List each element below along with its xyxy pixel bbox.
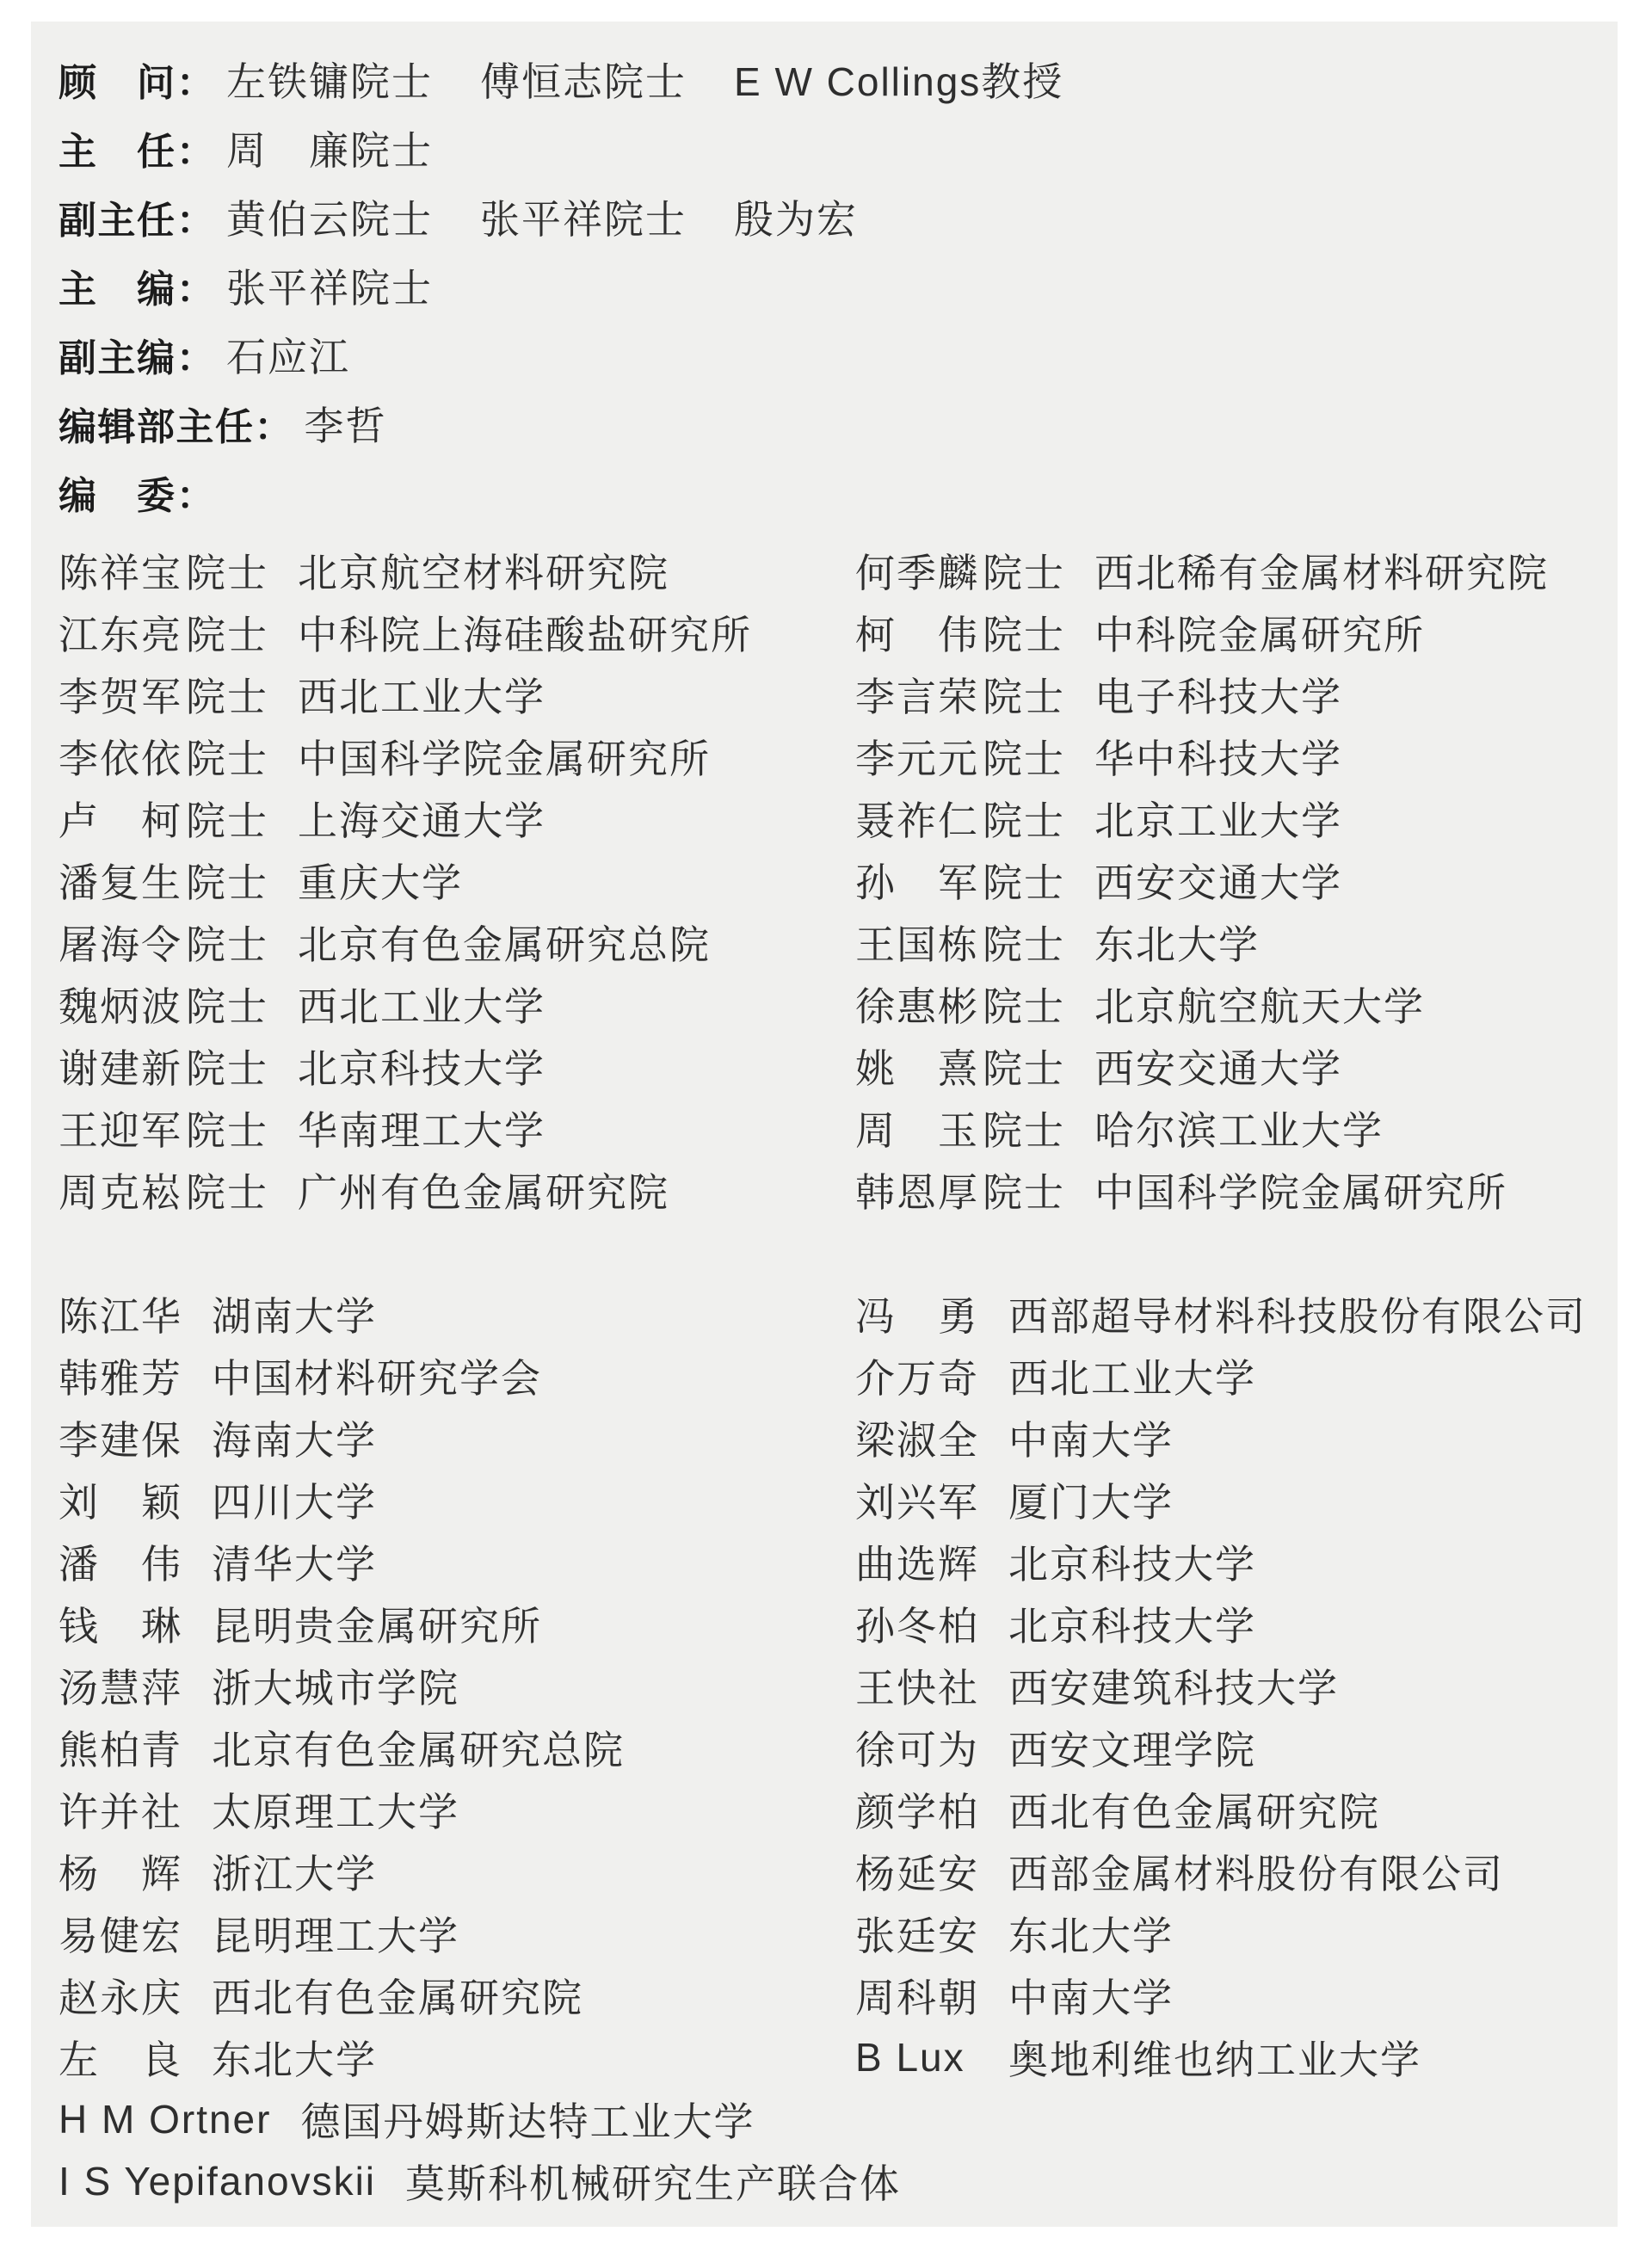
member-affiliation: 北京有色金属研究总院 [212, 1719, 625, 1776]
member-name: 李言荣 [855, 666, 983, 723]
member-name: 潘 伟 [59, 1542, 182, 1587]
member-affiliation: 哈尔滨工业大学 [1094, 1100, 1384, 1156]
member-affiliation: 北京科技大学 [1008, 1533, 1256, 1590]
member-name: H M Ortner [59, 2096, 271, 2142]
member-name-field: 江东亮院士 [59, 604, 274, 661]
member-title-suffix: 院士 [186, 1046, 268, 1091]
member-name-field: 聂祚仁院士 [855, 790, 1070, 847]
member-name-field: 王国栋院士 [855, 914, 1070, 971]
board-row: 李依依院士中国科学院金属研究所 [59, 725, 855, 787]
member-affiliation: 西安建筑科技大学 [1008, 1657, 1339, 1714]
board-row: 聂祚仁院士北京工业大学 [855, 787, 1618, 849]
member-title-suffix: 院士 [186, 922, 268, 967]
member-name-field: 何季麟院士 [855, 542, 1070, 599]
member-affiliation: 中科院金属研究所 [1094, 604, 1425, 661]
member-affiliation: 东北大学 [1008, 1905, 1174, 1962]
member-name: 梁淑全 [855, 1418, 979, 1463]
board-row: 李言荣院士电子科技大学 [855, 663, 1618, 725]
member-title-suffix: 院士 [186, 860, 268, 905]
masthead-row: 主 编：张平祥院士 [59, 251, 1618, 320]
member-name-field: 王迎军院士 [59, 1100, 274, 1156]
member-name: 周科朝 [855, 1976, 979, 2020]
member-name: 李贺军 [59, 666, 186, 723]
member-affiliation: 西安交通大学 [1094, 1038, 1342, 1094]
member-name-field: 陈祥宝院士 [59, 542, 274, 599]
member-affiliation: 西北工业大学 [1008, 1347, 1256, 1404]
board-row: 姚 熹院士西安交通大学 [855, 1035, 1618, 1097]
member-name: 汤慧萍 [59, 1666, 182, 1711]
member-name-field: 屠海令院士 [59, 914, 274, 971]
board-row: 周 玉院士哈尔滨工业大学 [855, 1097, 1618, 1159]
member-affiliation: 昆明贵金属研究所 [212, 1595, 542, 1652]
member-affiliation: 厦门大学 [1008, 1471, 1174, 1528]
masthead-row: 主 任：周 廉院士 [59, 114, 1618, 182]
member-name-field: 张廷安 [855, 1905, 984, 1962]
member-name-field: 陈江华 [59, 1285, 188, 1342]
member-name: 卢 柯 [59, 790, 186, 847]
board-row: H M Ortner德国丹姆斯达特工业大学 [59, 2088, 855, 2150]
member-name-field: 梁淑全 [855, 1409, 984, 1466]
board-row: 王快社西安建筑科技大学 [855, 1655, 1618, 1717]
member-title-suffix: 院士 [186, 798, 268, 843]
board-row: 王国栋院士东北大学 [855, 911, 1618, 973]
board-row: 何季麟院士西北稀有金属材料研究院 [855, 539, 1618, 601]
board-row: 熊柏青北京有色金属研究总院 [59, 1717, 855, 1778]
masthead-entry: 殷为宏 [734, 188, 858, 245]
board-column-right: 何季麟院士西北稀有金属材料研究院柯 伟院士中科院金属研究所李言荣院士电子科技大学… [855, 539, 1618, 2212]
member-name-field: 徐惠彬院士 [855, 976, 1070, 1033]
member-affiliation: 奥地利维也纳工业大学 [1008, 2029, 1421, 2086]
member-name-field: 赵永庆 [59, 1967, 188, 2024]
member-affiliation: 浙江大学 [212, 1843, 377, 1900]
board-row: 张廷安东北大学 [855, 1902, 1618, 1964]
masthead-colon: ： [176, 189, 214, 244]
member-name-field: B Lux [855, 2034, 984, 2080]
member-name-field: 许并社 [59, 1781, 188, 1838]
board-row: 潘 伟清华大学 [59, 1531, 855, 1593]
masthead-entry: 傅恒志院士 [480, 51, 687, 108]
member-name: 李依依 [59, 728, 186, 785]
board-row: 赵永庆西北有色金属研究院 [59, 1964, 855, 2026]
member-name: 介万奇 [855, 1356, 979, 1401]
member-name-field: 介万奇 [855, 1347, 984, 1404]
member-title-suffix: 院士 [186, 737, 268, 781]
member-name-field: 周科朝 [855, 1967, 984, 2024]
board-row: 韩雅芳中国材料研究学会 [59, 1345, 855, 1407]
member-affiliation: 北京航空航天大学 [1094, 976, 1425, 1033]
member-name-field: 卢 柯院士 [59, 790, 274, 847]
editorial-board-panel: 顾 问：左铁镛院士傅恒志院士E W Collings教授主 任：周 廉院士副主任… [31, 22, 1618, 2227]
member-name-field: 柯 伟院士 [855, 604, 1070, 661]
masthead-entry: 周 廉院士 [226, 120, 433, 176]
member-affiliation: 四川大学 [212, 1471, 377, 1528]
member-name-field: 王快社 [855, 1657, 984, 1714]
member-name: 徐可为 [855, 1728, 979, 1772]
member-name: 柯 伟 [855, 604, 983, 661]
masthead-row: 副主编：石应江 [59, 320, 1618, 389]
masthead-row: 编辑部主任：李哲 [59, 389, 1618, 458]
member-name-field: 李建保 [59, 1409, 188, 1466]
board-row: 刘兴军厦门大学 [855, 1469, 1618, 1531]
member-name: 周克崧 [59, 1162, 186, 1218]
member-name-field: 魏炳波院士 [59, 976, 274, 1033]
board-row: 孙冬柏北京科技大学 [855, 1593, 1618, 1655]
member-name-field: 杨 辉 [59, 1843, 188, 1900]
board-row: I S Yepifanovskii莫斯科机械研究生产联合体 [59, 2150, 855, 2212]
member-name-field: 李元元院士 [855, 728, 1070, 785]
member-name: 韩恩厚 [855, 1162, 983, 1218]
member-name: 左 良 [59, 2037, 182, 2082]
member-title-suffix: 院士 [983, 1170, 1065, 1215]
member-title-suffix: 院士 [983, 798, 1065, 843]
masthead-colon: ： [176, 258, 214, 313]
member-name: 孙 军 [855, 852, 983, 909]
member-name-field: 左 良 [59, 2029, 188, 2086]
member-title-suffix: 院士 [983, 984, 1065, 1029]
member-name: 颜学柏 [855, 1790, 979, 1834]
member-affiliation: 华南理工大学 [298, 1100, 546, 1156]
masthead-entries: 李哲 [305, 395, 387, 452]
member-name: 王国栋 [855, 914, 983, 971]
member-affiliation: 北京有色金属研究总院 [298, 914, 711, 971]
board-columns: 陈祥宝院士北京航空材料研究院江东亮院士中科院上海硅酸盐研究所李贺军院士西北工业大… [59, 539, 1618, 2212]
masthead-colon: ： [176, 465, 214, 520]
masthead-label: 顾 问 [59, 52, 176, 107]
masthead-row: 顾 问：左铁镛院士傅恒志院士E W Collings教授 [59, 45, 1618, 114]
member-name: 杨延安 [855, 1852, 979, 1896]
board-row: 孙 军院士西安交通大学 [855, 849, 1618, 911]
member-name: 赵永庆 [59, 1976, 182, 2020]
member-name: 孙冬柏 [855, 1604, 979, 1649]
member-affiliation: 电子科技大学 [1094, 666, 1342, 723]
masthead-colon: ： [176, 120, 214, 176]
member-affiliation: 西部超导材料科技股份有限公司 [1008, 1285, 1587, 1342]
group-spacer [59, 1221, 855, 1283]
member-name-field: 易健宏 [59, 1905, 188, 1962]
masthead-entries: 左铁镛院士傅恒志院士E W Collings教授 [226, 51, 1063, 108]
member-name-field: 刘 颖 [59, 1471, 188, 1528]
member-affiliation: 西部金属材料股份有限公司 [1008, 1843, 1504, 1900]
board-row: 李贺军院士西北工业大学 [59, 663, 855, 725]
masthead-entries: 石应江 [226, 326, 350, 383]
board-row: 杨延安西部金属材料股份有限公司 [855, 1840, 1618, 1902]
masthead-label: 副主任 [59, 189, 176, 244]
member-affiliation: 华中科技大学 [1094, 728, 1342, 785]
masthead-label: 主 任 [59, 120, 176, 176]
member-affiliation: 广州有色金属研究院 [298, 1162, 669, 1218]
member-name-field: 李贺军院士 [59, 666, 274, 723]
member-name: 冯 勇 [855, 1294, 979, 1339]
board-row: 徐惠彬院士北京航空航天大学 [855, 973, 1618, 1035]
member-name: 韩雅芳 [59, 1356, 182, 1401]
member-name: 李元元 [855, 728, 983, 785]
member-title-suffix: 院士 [186, 1108, 268, 1153]
member-name-field: 周克崧院士 [59, 1162, 274, 1218]
member-name: 曲选辉 [855, 1542, 979, 1587]
member-title-suffix: 院士 [186, 1170, 268, 1215]
masthead-entry: 黄伯云院士 [226, 188, 433, 245]
member-affiliation: 中南大学 [1008, 1409, 1174, 1466]
board-column-left: 陈祥宝院士北京航空材料研究院江东亮院士中科院上海硅酸盐研究所李贺军院士西北工业大… [59, 539, 855, 2212]
board-row: 谢建新院士北京科技大学 [59, 1035, 855, 1097]
member-name: 刘兴军 [855, 1480, 979, 1525]
member-title-suffix: 院士 [983, 675, 1065, 719]
member-affiliation: 西北稀有金属材料研究院 [1094, 542, 1549, 599]
member-affiliation: 昆明理工大学 [212, 1905, 459, 1962]
masthead-entry: E W Collings教授 [734, 51, 1063, 108]
member-title-suffix: 院士 [983, 1108, 1065, 1153]
group-spacer [855, 1221, 1618, 1283]
member-affiliation: 北京科技大学 [298, 1038, 546, 1094]
masthead-entry: 左铁镛院士 [226, 51, 433, 108]
member-affiliation: 北京科技大学 [1008, 1595, 1256, 1652]
member-name: B Lux [855, 2035, 965, 2080]
member-name-field: 韩恩厚院士 [855, 1162, 1070, 1218]
member-affiliation: 德国丹姆斯达特工业大学 [300, 2091, 755, 2148]
member-name: 陈祥宝 [59, 542, 186, 599]
member-name: I S Yepifanovskii [59, 2158, 376, 2204]
member-title-suffix: 院士 [186, 675, 268, 719]
board-row: 韩恩厚院士中国科学院金属研究所 [855, 1159, 1618, 1221]
masthead-colon: ： [255, 396, 293, 451]
board-row: 刘 颖四川大学 [59, 1469, 855, 1531]
member-name: 王迎军 [59, 1100, 186, 1156]
member-name: 陈江华 [59, 1294, 182, 1339]
member-name: 何季麟 [855, 542, 983, 599]
member-name: 潘复生 [59, 852, 186, 909]
member-affiliation: 莫斯科机械研究生产联合体 [405, 2153, 901, 2210]
member-affiliation: 中南大学 [1008, 1967, 1174, 2024]
masthead-row: 编 委： [59, 458, 1618, 527]
member-title-suffix: 院士 [983, 860, 1065, 905]
member-name-field: 钱 琳 [59, 1595, 188, 1652]
member-name: 张廷安 [855, 1914, 979, 1958]
board-row: 汤慧萍浙大城市学院 [59, 1655, 855, 1717]
member-affiliation: 清华大学 [212, 1533, 377, 1590]
masthead-label: 编 委 [59, 465, 176, 520]
board-row: 左 良东北大学 [59, 2026, 855, 2088]
masthead-label: 副主编 [59, 327, 176, 382]
member-affiliation: 西安交通大学 [1094, 852, 1342, 909]
member-name-field: 冯 勇 [855, 1285, 984, 1342]
member-name-field: 徐可为 [855, 1719, 984, 1776]
board-row: 陈祥宝院士北京航空材料研究院 [59, 539, 855, 601]
member-name-field: 周 玉院士 [855, 1100, 1070, 1156]
member-name-field: 潘 伟 [59, 1533, 188, 1590]
member-name: 易健宏 [59, 1914, 182, 1958]
member-title-suffix: 院士 [983, 1046, 1065, 1091]
member-name: 熊柏青 [59, 1728, 182, 1772]
board-row: 钱 琳昆明贵金属研究所 [59, 1593, 855, 1655]
masthead-colon: ： [176, 327, 214, 382]
member-name: 刘 颖 [59, 1480, 182, 1525]
member-name-field: 汤慧萍 [59, 1657, 188, 1714]
board-row: 颜学柏西北有色金属研究院 [855, 1778, 1618, 1840]
member-affiliation: 太原理工大学 [212, 1781, 459, 1838]
board-row: 梁淑全中南大学 [855, 1407, 1618, 1469]
board-row: 杨 辉浙江大学 [59, 1840, 855, 1902]
board-row: 徐可为西安文理学院 [855, 1717, 1618, 1778]
board-row: 易健宏昆明理工大学 [59, 1902, 855, 1964]
member-name-field: 孙 军院士 [855, 852, 1070, 909]
masthead-entries: 周 廉院士 [226, 120, 433, 176]
board-row: 柯 伟院士中科院金属研究所 [855, 601, 1618, 663]
member-name: 魏炳波 [59, 976, 186, 1033]
member-name-field: 潘复生院士 [59, 852, 274, 909]
member-affiliation: 西安文理学院 [1008, 1719, 1256, 1776]
member-affiliation: 中国科学院金属研究所 [1094, 1162, 1507, 1218]
member-title-suffix: 院士 [186, 551, 268, 595]
member-name: 聂祚仁 [855, 790, 983, 847]
member-affiliation: 东北大学 [212, 2029, 377, 2086]
member-name-field: 熊柏青 [59, 1719, 188, 1776]
member-affiliation: 西北有色金属研究院 [212, 1967, 583, 2024]
board-row: 王迎军院士华南理工大学 [59, 1097, 855, 1159]
member-name: 王快社 [855, 1666, 979, 1711]
board-row: 陈江华湖南大学 [59, 1283, 855, 1345]
member-affiliation: 中国材料研究学会 [212, 1347, 542, 1404]
member-title-suffix: 院士 [983, 613, 1065, 657]
member-name: 杨 辉 [59, 1852, 182, 1896]
member-affiliation: 西北工业大学 [298, 976, 546, 1033]
member-affiliation: 重庆大学 [298, 852, 463, 909]
member-title-suffix: 院士 [186, 613, 268, 657]
board-row: 曲选辉北京科技大学 [855, 1531, 1618, 1593]
masthead-entry: 石应江 [226, 326, 350, 383]
member-name-field: 曲选辉 [855, 1533, 984, 1590]
masthead-entry: 张平祥院士 [226, 257, 433, 314]
member-affiliation: 东北大学 [1094, 914, 1260, 971]
member-affiliation: 西北有色金属研究院 [1008, 1781, 1380, 1838]
masthead-entry: 张平祥院士 [480, 188, 687, 245]
member-affiliation: 中国科学院金属研究所 [298, 728, 711, 785]
board-row: 李建保海南大学 [59, 1407, 855, 1469]
member-name: 钱 琳 [59, 1604, 182, 1649]
masthead-colon: ： [176, 52, 214, 107]
member-name-field: 韩雅芳 [59, 1347, 188, 1404]
member-name: 徐惠彬 [855, 976, 983, 1033]
member-name: 周 玉 [855, 1100, 983, 1156]
board-row: 李元元院士华中科技大学 [855, 725, 1618, 787]
member-name-field: 孙冬柏 [855, 1595, 984, 1652]
board-row: 潘复生院士重庆大学 [59, 849, 855, 911]
member-affiliation: 中科院上海硅酸盐研究所 [298, 604, 752, 661]
board-row: 周科朝中南大学 [855, 1964, 1618, 2026]
masthead-entries: 张平祥院士 [226, 257, 433, 314]
member-affiliation: 湖南大学 [212, 1285, 377, 1342]
member-affiliation: 北京工业大学 [1094, 790, 1342, 847]
member-name: 姚 熹 [855, 1038, 983, 1094]
member-name: 许并社 [59, 1790, 182, 1834]
member-affiliation: 浙大城市学院 [212, 1657, 459, 1714]
member-title-suffix: 院士 [186, 984, 268, 1029]
member-name: 江东亮 [59, 604, 186, 661]
board-row: 介万奇西北工业大学 [855, 1345, 1618, 1407]
masthead-row: 副主任：黄伯云院士张平祥院士殷为宏 [59, 182, 1618, 251]
masthead-label: 主 编 [59, 258, 176, 313]
masthead-label: 编辑部主任 [59, 396, 255, 451]
masthead: 顾 问：左铁镛院士傅恒志院士E W Collings教授主 任：周 廉院士副主任… [59, 45, 1618, 527]
board-row: 魏炳波院士西北工业大学 [59, 973, 855, 1035]
board-row: B Lux奥地利维也纳工业大学 [855, 2026, 1618, 2088]
member-title-suffix: 院士 [983, 551, 1065, 595]
member-name-field: 刘兴军 [855, 1471, 984, 1528]
member-affiliation: 海南大学 [212, 1409, 377, 1466]
member-title-suffix: 院士 [983, 737, 1065, 781]
member-affiliation: 上海交通大学 [298, 790, 546, 847]
board-row: 卢 柯院士上海交通大学 [59, 787, 855, 849]
member-affiliation: 北京航空材料研究院 [298, 542, 669, 599]
member-name-field: 姚 熹院士 [855, 1038, 1070, 1094]
member-name-field: 谢建新院士 [59, 1038, 274, 1094]
member-name: 屠海令 [59, 914, 186, 971]
member-title-suffix: 院士 [983, 922, 1065, 967]
member-name-field: 杨延安 [855, 1843, 984, 1900]
member-name-field: 李依依院士 [59, 728, 274, 785]
member-affiliation: 西北工业大学 [298, 666, 546, 723]
board-row: 许并社太原理工大学 [59, 1778, 855, 1840]
member-name: 李建保 [59, 1418, 182, 1463]
board-row: 江东亮院士中科院上海硅酸盐研究所 [59, 601, 855, 663]
board-row: 周克崧院士广州有色金属研究院 [59, 1159, 855, 1221]
masthead-entries: 黄伯云院士张平祥院士殷为宏 [226, 188, 858, 245]
masthead-entry: 李哲 [305, 395, 387, 452]
member-name: 谢建新 [59, 1038, 186, 1094]
member-name-field: 颜学柏 [855, 1781, 984, 1838]
board-row: 冯 勇西部超导材料科技股份有限公司 [855, 1283, 1618, 1345]
board-row: 屠海令院士北京有色金属研究总院 [59, 911, 855, 973]
member-name-field: 李言荣院士 [855, 666, 1070, 723]
